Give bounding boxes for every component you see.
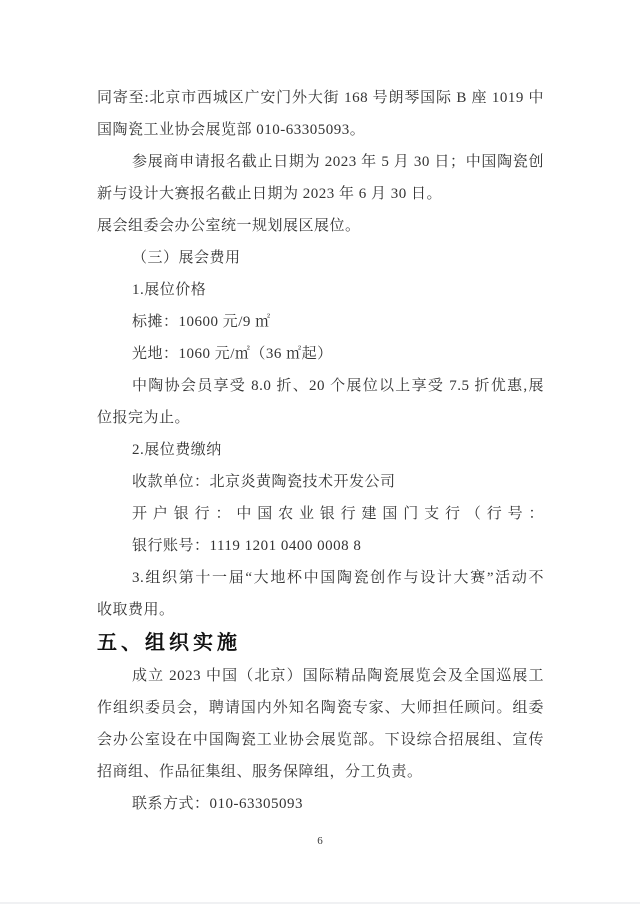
line-mailing-address-1: 同寄至:北京市西城区广安门外大街 168 号朗琴国际 B 座 1019 中 <box>97 82 544 114</box>
line-section-exhibition-fees: （三）展会费用 <box>97 242 544 274</box>
line-competition-free-1: 3.组织第十一届“大地杯中国陶瓷创作与设计大赛”活动不 <box>97 562 544 594</box>
line-competition-free-2: 收取费用。 <box>97 594 544 626</box>
line-bank: 开户银行：中国农业银行建国门支行（行号：103100019125） <box>97 498 544 530</box>
line-organization-1: 成立 2023 中国（北京）国际精品陶瓷展览会及全国巡展工 <box>97 660 544 692</box>
line-organization-2: 作组织委员会，聘请国内外知名陶瓷专家、大师担任顾问。组委 <box>97 692 544 724</box>
line-contact: 联系方式：010-63305093 <box>97 788 544 820</box>
line-raw-space-price: 光地：1060 元/㎡（36 ㎡起） <box>97 338 544 370</box>
line-registration-deadline-1: 参展商申请报名截止日期为 2023 年 5 月 30 日；中国陶瓷创 <box>97 146 544 178</box>
line-organization-4: 招商组、作品征集组、服务保障组，分工负责。 <box>97 756 544 788</box>
section-heading-organization: 五、组织实施 <box>97 626 544 660</box>
line-item-booth-price: 1.展位价格 <box>97 274 544 306</box>
line-organization-3: 会办公室设在中国陶瓷工业协会展览部。下设综合招展组、宣传 <box>97 724 544 756</box>
line-mailing-address-2: 国陶瓷工业协会展览部 010-63305093。 <box>97 114 544 146</box>
document-page: 同寄至:北京市西城区广安门外大街 168 号朗琴国际 B 座 1019 中 国陶… <box>0 0 640 904</box>
line-member-discount-2: 位报完为止。 <box>97 402 544 434</box>
document-body: 同寄至:北京市西城区广安门外大街 168 号朗琴国际 B 座 1019 中 国陶… <box>97 82 544 820</box>
line-item-fee-payment: 2.展位费缴纳 <box>97 434 544 466</box>
page-number: 6 <box>0 835 640 847</box>
line-bank-account: 银行账号：1119 1201 0400 0008 8 <box>97 530 544 562</box>
line-payee: 收款单位：北京炎黄陶瓷技术开发公司 <box>97 466 544 498</box>
line-standard-booth-price: 标摊：10600 元/9 ㎡ <box>97 306 544 338</box>
line-registration-deadline-2: 新与设计大赛报名截止日期为 2023 年 6 月 30 日。 <box>97 178 544 210</box>
line-booth-planning: 展会组委会办公室统一规划展区展位。 <box>97 210 544 242</box>
line-member-discount-1: 中陶协会员享受 8.0 折、20 个展位以上享受 7.5 折优惠,展 <box>97 370 544 402</box>
